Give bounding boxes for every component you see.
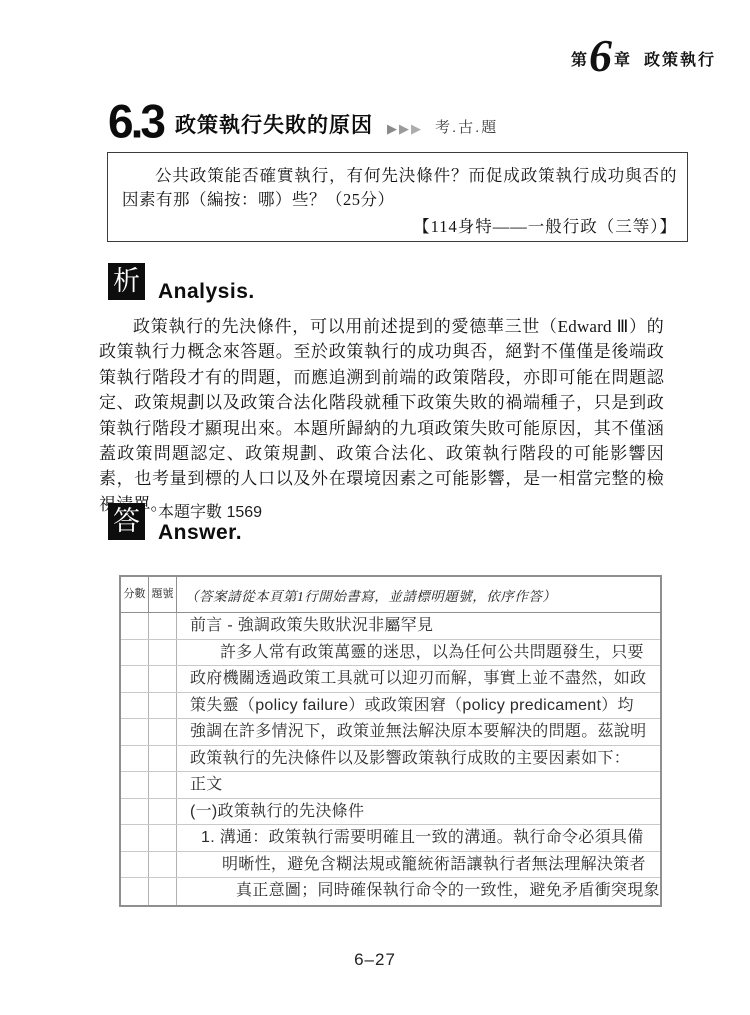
score-cell	[121, 746, 149, 772]
chapter-header: 第 6 章 政策執行	[571, 36, 716, 75]
triple-arrow-icon: ▶▶▶	[387, 121, 423, 144]
score-cell	[121, 666, 149, 692]
score-cell	[121, 878, 149, 905]
qno-cell	[149, 799, 177, 825]
score-cell	[121, 640, 149, 666]
chapter-number: 6	[589, 36, 612, 75]
book-page: 第 6 章 政策執行 6.3 政策執行失敗的原因 ▶▶▶ 考.古.題 公共政策能…	[0, 0, 750, 1015]
score-cell	[121, 613, 149, 639]
question-number-column-header: 題號	[149, 577, 177, 612]
table-row: 策失靈（policy failure）或政策困窘（policy predicam…	[121, 693, 660, 720]
score-column-header: 分數	[121, 577, 149, 612]
exam-question-box: 公共政策能否確實執行，有何先決條件？而促成政策執行成功與否的因素有那（編按：哪）…	[107, 152, 688, 242]
answer-word-count: 本題字數 1569	[158, 503, 262, 522]
answer-icon: 答	[108, 503, 145, 540]
exam-question-text: 公共政策能否確實執行，有何先決條件？而促成政策執行成功與否的因素有那（編按：哪）…	[122, 164, 677, 212]
answer-line: 策失靈（policy failure）或政策困窘（policy predicam…	[177, 693, 660, 719]
analysis-paragraph: 政策執行的先決條件，可以用前述提到的愛德華三世（Edward Ⅲ）的政策執行力概…	[99, 314, 664, 517]
qno-cell	[149, 852, 177, 878]
chapter-title: 政策執行	[644, 47, 716, 75]
table-row: 明晰性，避免含糊法規或籠統術語讓執行者無法理解決策者	[121, 852, 660, 879]
answer-heading: Answer.	[158, 522, 262, 544]
table-row: 前言 - 強調政策失敗狀況非屬罕見	[121, 613, 660, 640]
answer-line: 正文	[177, 772, 660, 798]
answer-line: 明晰性，避免含糊法規或籠統術語讓執行者無法理解決策者	[177, 852, 660, 878]
answer-sheet-instruction: （答案請從本頁第1行開始書寫，並請標明題號，依序作答）	[177, 577, 660, 612]
answer-line: 政府機關透過政策工具就可以迎刃而解，事實上並不盡然，如政	[177, 666, 660, 692]
page-number: 6–27	[0, 950, 750, 970]
answer-sheet-table: 分數 題號 （答案請從本頁第1行開始書寫，並請標明題號，依序作答） 前言 - 強…	[119, 575, 662, 907]
table-row: (一)政策執行的先決條件	[121, 799, 660, 826]
table-row: 1. 溝通：政策執行需要明確且一致的溝通。執行命令必須具備	[121, 825, 660, 852]
table-row: 政策執行的先決條件以及影響政策執行成敗的主要因素如下：	[121, 746, 660, 773]
exam-question-source: 【114身特——一般行政（三等）】	[122, 215, 677, 239]
answer-line: 1. 溝通：政策執行需要明確且一致的溝通。執行命令必須具備	[177, 825, 660, 851]
analysis-heading: Analysis.	[158, 280, 255, 304]
analysis-section-header: 析 Analysis.	[108, 263, 255, 304]
score-cell	[121, 799, 149, 825]
table-row: 許多人常有政策萬靈的迷思，以為任何公共問題發生，只要	[121, 640, 660, 667]
answer-line: 許多人常有政策萬靈的迷思，以為任何公共問題發生，只要	[177, 640, 660, 666]
analysis-icon: 析	[108, 263, 145, 300]
answer-section-header: 答 本題字數 1569 Answer.	[108, 503, 262, 544]
section-heading: 6.3 政策執行失敗的原因 ▶▶▶ 考.古.題	[108, 100, 668, 144]
answer-line: 強調在許多情況下，政策並無法解決原本要解決的問題。茲說明	[177, 719, 660, 745]
chapter-suffix: 章	[614, 47, 630, 75]
qno-cell	[149, 613, 177, 639]
answer-sheet-body: 前言 - 強調政策失敗狀況非屬罕見 許多人常有政策萬靈的迷思，以為任何公共問題發…	[121, 613, 660, 905]
answer-line: 政策執行的先決條件以及影響政策執行成敗的主要因素如下：	[177, 746, 660, 772]
answer-line: 前言 - 強調政策失敗狀況非屬罕見	[177, 613, 660, 639]
qno-cell	[149, 878, 177, 905]
score-cell	[121, 693, 149, 719]
chapter-prefix: 第	[571, 47, 587, 75]
qno-cell	[149, 719, 177, 745]
score-cell	[121, 719, 149, 745]
score-cell	[121, 825, 149, 851]
qno-cell	[149, 640, 177, 666]
qno-cell	[149, 772, 177, 798]
qno-cell	[149, 825, 177, 851]
section-tagline: 考.古.題	[435, 116, 498, 144]
table-row: 正文	[121, 772, 660, 799]
answer-sheet-header-row: 分數 題號 （答案請從本頁第1行開始書寫，並請標明題號，依序作答）	[121, 577, 660, 613]
qno-cell	[149, 666, 177, 692]
answer-line: 真正意圖；同時確保執行命令的一致性，避免矛盾衝突現象	[177, 878, 660, 905]
qno-cell	[149, 746, 177, 772]
table-row: 強調在許多情況下，政策並無法解決原本要解決的問題。茲說明	[121, 719, 660, 746]
table-row: 真正意圖；同時確保執行命令的一致性，避免矛盾衝突現象	[121, 878, 660, 905]
score-cell	[121, 852, 149, 878]
qno-cell	[149, 693, 177, 719]
section-number: 6.3	[108, 100, 163, 145]
table-row: 政府機關透過政策工具就可以迎刃而解，事實上並不盡然，如政	[121, 666, 660, 693]
answer-line: (一)政策執行的先決條件	[177, 799, 660, 825]
section-title: 政策執行失敗的原因	[175, 109, 373, 144]
score-cell	[121, 772, 149, 798]
